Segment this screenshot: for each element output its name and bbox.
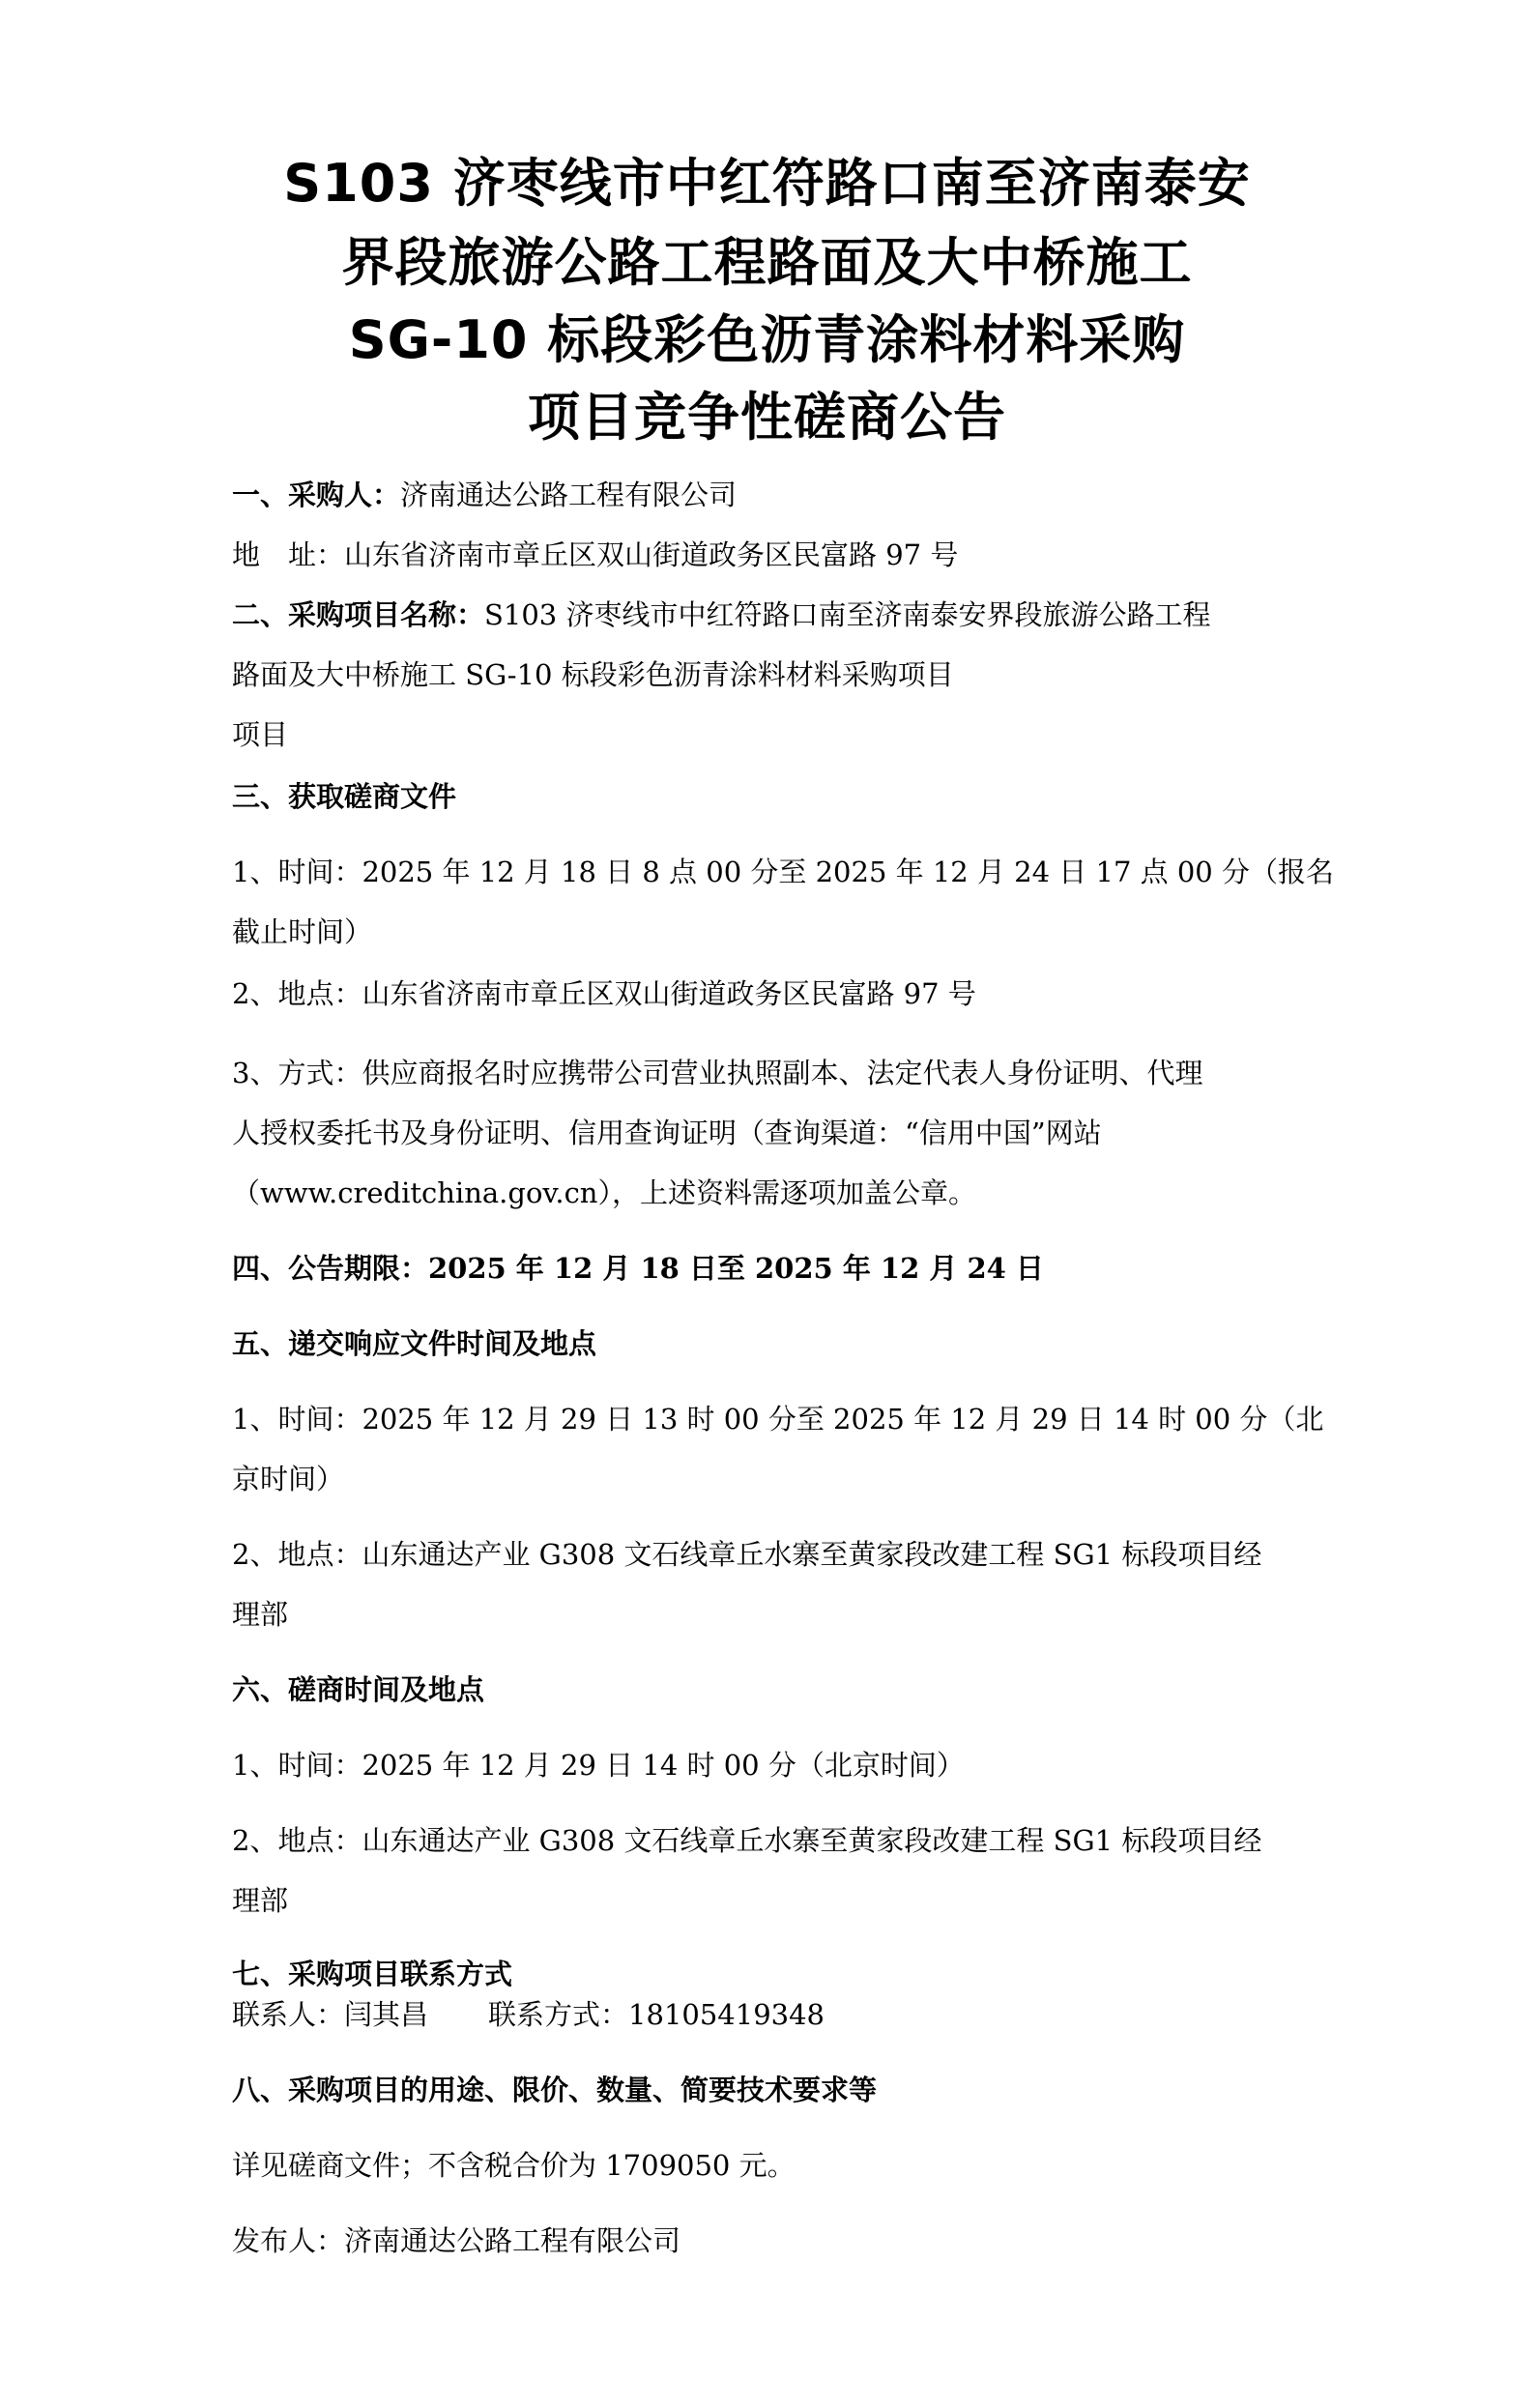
document-page: S103 济枣线市中红符路口南至济南泰安 界段旅游公路工程路面及大中桥施工 SG… (0, 0, 1534, 2408)
doc-title-line-4: 项目竞争性磋商公告 (0, 389, 1534, 447)
address-line: 地 址：山东省济南市章丘区双山街道政务区民富路 97 号 (232, 537, 958, 572)
section-heading: 五、递交响应文件时间及地点 (232, 1326, 596, 1361)
section-heading: 三、获取磋商文件 (232, 779, 456, 814)
announcement-period: 四、公告期限：2025 年 12 月 18 日至 2025 年 12 月 24 … (232, 1251, 1044, 1286)
submit-time-line-1: 1、时间：2025 年 12 月 29 日 13 时 00 分至 2025 年 … (232, 1402, 1323, 1436)
submit-time-line-2: 京时间） (232, 1462, 344, 1496)
section-heading: 六、磋商时间及地点 (232, 1672, 484, 1707)
negotiation-place-line-2: 理部 (232, 1883, 288, 1918)
section-heading: 七、采购项目联系方式 (232, 1957, 512, 1991)
project-name: S103 济枣线市中红符路口南至济南泰安界段旅游公路工程 (484, 598, 1210, 631)
publisher-label: 发布人： (232, 2224, 344, 2257)
address-label: 地 址： (232, 538, 344, 571)
publisher-name: 济南通达公路工程有限公司 (344, 2224, 680, 2257)
submit-place-line-1: 2、地点：山东通达产业 G308 文石线章丘水寨至黄家段改建工程 SG1 标段项… (232, 1537, 1261, 1572)
purchaser-line: 一、采购人：济南通达公路工程有限公司 (232, 478, 737, 512)
section-heading: 八、采购项目的用途、限价、数量、简要技术要求等 (232, 2073, 877, 2107)
section-heading: 一、采购人： (232, 479, 400, 511)
publisher-line: 发布人：济南通达公路工程有限公司 (232, 2223, 680, 2258)
obtain-time-line-1: 1、时间：2025 年 12 月 18 日 8 点 00 分至 2025 年 1… (232, 855, 1334, 889)
negotiation-place-line-1: 2、地点：山东通达产业 G308 文石线章丘水寨至黄家段改建工程 SG1 标段项… (232, 1823, 1261, 1858)
doc-title-line-3: SG-10 标段彩色沥青涂料材料采购 (0, 311, 1534, 369)
phone-label: 联系方式： (488, 1998, 628, 2031)
purchaser-name: 济南通达公路工程有限公司 (400, 479, 737, 511)
obtain-method-line-1: 3、方式：供应商报名时应携带公司营业执照副本、法定代表人身份证明、代理 (232, 1056, 1202, 1090)
section-heading: 二、采购项目名称： (232, 598, 484, 631)
doc-title-line-1: S103 济枣线市中红符路口南至济南泰安 (0, 155, 1534, 213)
project-name-line-3: 项目 (232, 717, 288, 752)
phone-number: 18105419348 (628, 1998, 825, 2031)
obtain-time-line-2: 截止时间） (232, 914, 372, 949)
obtain-method-line-3: （www.creditchina.gov.cn），上述资料需逐项加盖公章。 (232, 1175, 976, 1210)
project-name-line-2: 路面及大中桥施工 SG-10 标段彩色沥青涂料材料采购项目 (232, 657, 954, 692)
address-value: 山东省济南市章丘区双山街道政务区民富路 97 号 (344, 538, 958, 571)
contact-line: 联系人：闫其昌联系方式：18105419348 (232, 1997, 825, 2032)
submit-place-line-2: 理部 (232, 1597, 288, 1632)
negotiation-time: 1、时间：2025 年 12 月 29 日 14 时 00 分（北京时间） (232, 1748, 965, 1783)
doc-title-line-2: 界段旅游公路工程路面及大中桥施工 (0, 234, 1534, 292)
price-detail: 详见磋商文件；不含税合价为 1709050 元。 (232, 2148, 796, 2183)
obtain-method-line-2: 人授权委托书及身份证明、信用查询证明（查询渠道：“信用中国”网站 (232, 1116, 1102, 1150)
project-name-line-1: 二、采购项目名称：S103 济枣线市中红符路口南至济南泰安界段旅游公路工程 (232, 597, 1210, 632)
contact-name: 闫其昌 (344, 1998, 428, 2031)
obtain-place: 2、地点：山东省济南市章丘区双山街道政务区民富路 97 号 (232, 976, 976, 1011)
contact-label: 联系人： (232, 1998, 344, 2031)
